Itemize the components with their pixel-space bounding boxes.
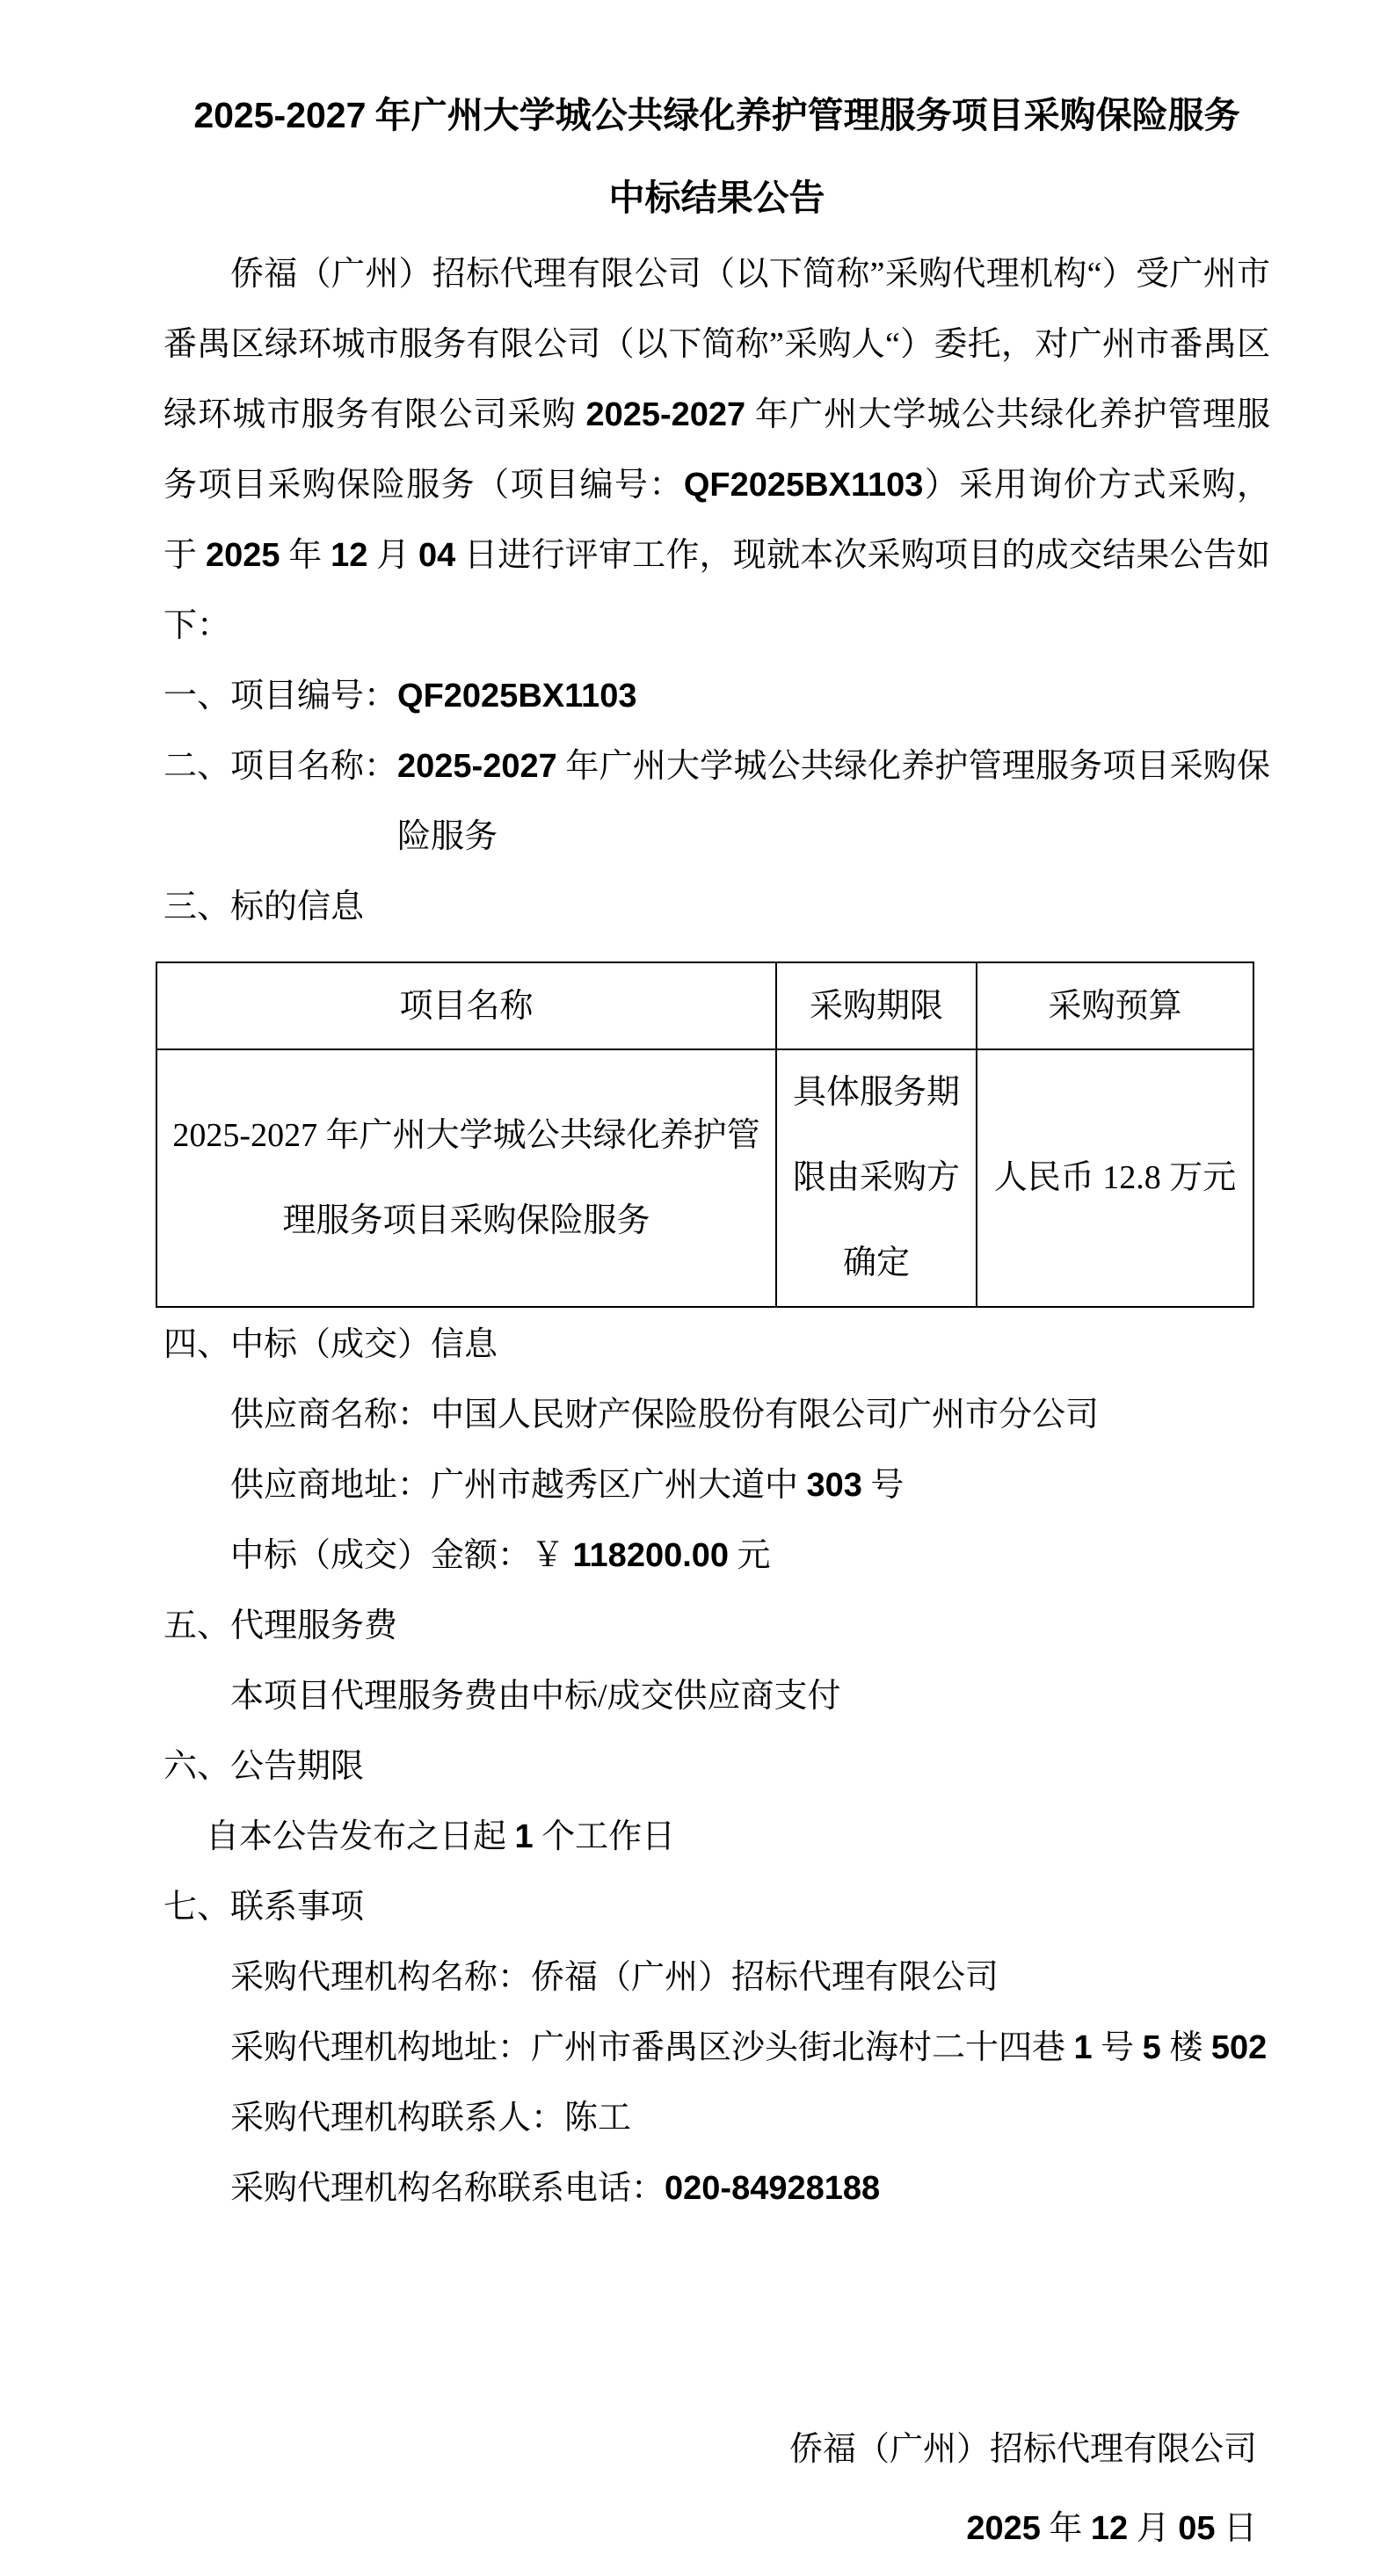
supplier-address: 供应商地址：广州市越秀区广州大道中 303 号 xyxy=(230,1450,1270,1520)
section-3-heading: 三、标的信息 xyxy=(163,872,1270,942)
title-line-1: 2025-2027 年广州大学城公共绿化养护管理服务项目采购保险服务 xyxy=(163,74,1270,156)
table-row: 2025-2027 年广州大学城公共绿化养护管理服务项目采购保险服务 具体服务期… xyxy=(156,1049,1253,1307)
table-header-purchase-budget: 采购预算 xyxy=(977,962,1253,1049)
section-7-heading: 七、联系事项 xyxy=(163,1872,1270,1942)
section-6-heading: 六、公告期限 xyxy=(163,1731,1270,1802)
page-title: 2025-2027 年广州大学城公共绿化养护管理服务项目采购保险服务 中标结果公… xyxy=(163,0,1270,239)
section-5-heading: 五、代理服务费 xyxy=(163,1591,1270,1661)
table-header-purchase-period: 采购期限 xyxy=(776,962,977,1049)
agency-name: 采购代理机构名称：侨福（广州）招标代理有限公司 xyxy=(230,1942,1270,2013)
section-1-project-number: 一、项目编号：QF2025BX1103 xyxy=(163,661,1270,731)
document-page: 2025-2027 年广州大学城公共绿化养护管理服务项目采购保险服务 中标结果公… xyxy=(0,0,1395,2576)
table-cell-purchase-budget: 人民币 12.8 万元 xyxy=(977,1049,1253,1307)
signature-block: 侨福（广州）招标代理有限公司 2025 年 12 月 05 日 xyxy=(163,2410,1270,2568)
supplier-name: 供应商名称：中国人民财产保险股份有限公司广州市分公司 xyxy=(230,1380,1270,1450)
agency-address: 采购代理机构地址：广州市番禺区沙头街北海村二十四巷 1 号 5 楼 502 xyxy=(230,2013,1270,2083)
document-content: 2025-2027 年广州大学城公共绿化养护管理服务项目采购保险服务 中标结果公… xyxy=(0,0,1395,2568)
signature-company: 侨福（广州）招标代理有限公司 xyxy=(163,2410,1270,2489)
table-header-row: 项目名称 采购期限 采购预算 xyxy=(156,962,1253,1049)
bid-info-table: 项目名称 采购期限 采购预算 2025-2027 年广州大学城公共绿化养护管理服… xyxy=(156,961,1254,1308)
award-amount: 中标（成交）金额：￥ 118200.00 元 xyxy=(230,1520,1270,1591)
table-header-project-name: 项目名称 xyxy=(156,962,776,1049)
section-2-project-name: 二、项目名称： 2025-2027 年广州大学城公共绿化养护管理服务项目采购保险… xyxy=(163,731,1270,872)
agency-contact-person: 采购代理机构联系人：陈工 xyxy=(230,2083,1270,2153)
section-4-heading: 四、中标（成交）信息 xyxy=(163,1310,1270,1380)
section-2-label: 二、项目名称： xyxy=(163,731,397,872)
signature-date: 2025 年 12 月 05 日 xyxy=(163,2489,1270,2568)
title-line-2: 中标结果公告 xyxy=(163,156,1270,239)
table-cell-purchase-period: 具体服务期限由采购方确定 xyxy=(776,1049,977,1307)
announcement-period: 自本公告发布之日起 1 个工作日 xyxy=(206,1802,1270,1872)
agency-phone: 采购代理机构名称联系电话：020-84928188 xyxy=(230,2153,1270,2224)
section-2-value: 2025-2027 年广州大学城公共绿化养护管理服务项目采购保险服务 xyxy=(397,731,1270,872)
agency-fee-note: 本项目代理服务费由中标/成交供应商支付 xyxy=(230,1661,1270,1731)
intro-paragraph: 侨福（广州）招标代理有限公司（以下简称”采购代理机构“）受广州市番禺区绿环城市服… xyxy=(163,239,1270,661)
table-cell-project-name: 2025-2027 年广州大学城公共绿化养护管理服务项目采购保险服务 xyxy=(156,1049,776,1307)
